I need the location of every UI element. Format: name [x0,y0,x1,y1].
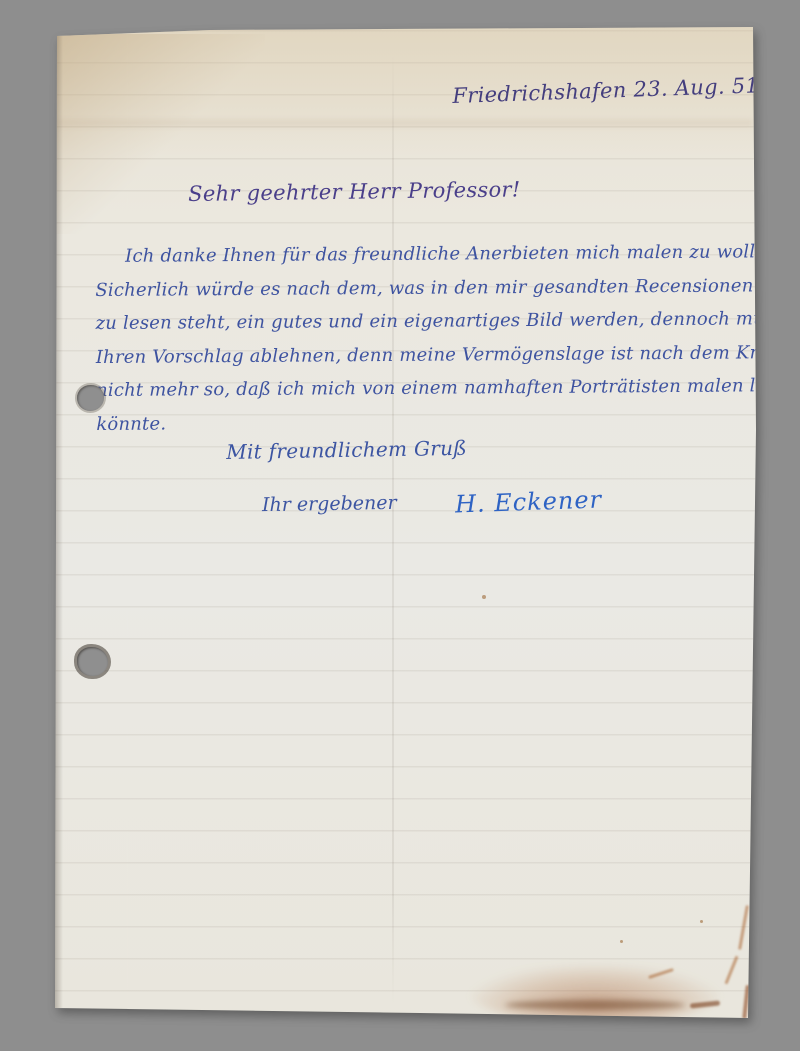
stain-streak [648,968,674,979]
stain-bottom-edge [505,1000,685,1010]
stain-right-streak [738,905,749,950]
punch-hole-bottom [77,647,108,676]
letter-paper: Friedrichshafen 23. Aug. 51 Sehr geehrte… [0,0,800,1051]
scan-background: Friedrichshafen 23. Aug. 51 Sehr geehrte… [0,0,800,1051]
body-line: Sicherlich würde es nach dem, was in den… [95,269,745,307]
foxing-speck [700,920,703,923]
stain-right-streak [742,985,750,1019]
signature-prefix: Ihr ergebener [262,492,397,516]
letter-body: Ich danke Ihnen für das freundliche Aner… [95,235,746,441]
stain-bottom-right [470,965,720,1023]
body-line: zu lesen steht, ein gutes und ein eigena… [95,302,745,340]
signature-name: H. Eckener [454,485,602,518]
foxing-speck [620,940,623,943]
stain-right-streak [724,956,738,985]
punch-hole-top [77,385,104,411]
body-line: könnte. [96,403,746,441]
foxing-speck [482,595,486,599]
letter-salutation: Sehr geehrter Herr Professor! [188,177,521,206]
body-line: nicht mehr so, daß ich mich von einem na… [96,369,746,407]
stain-streak [690,1000,720,1008]
letter-paper-wrap: Friedrichshafen 23. Aug. 51 Sehr geehrte… [0,0,800,1051]
paper-crease-band [57,120,753,126]
body-line: Ihren Vorschlag ablehnen, denn meine Ver… [96,336,746,374]
paper-left-edge-shadow [55,36,63,1008]
letter-closing: Mit freundlichem Gruß [226,436,467,464]
body-line: Ich danke Ihnen für das freundliche Aner… [95,235,745,273]
letter-signature-row: Ihr ergebener H. Eckener [262,488,602,516]
letter-dateline: Friedrichshafen 23. Aug. 51 [452,73,759,108]
